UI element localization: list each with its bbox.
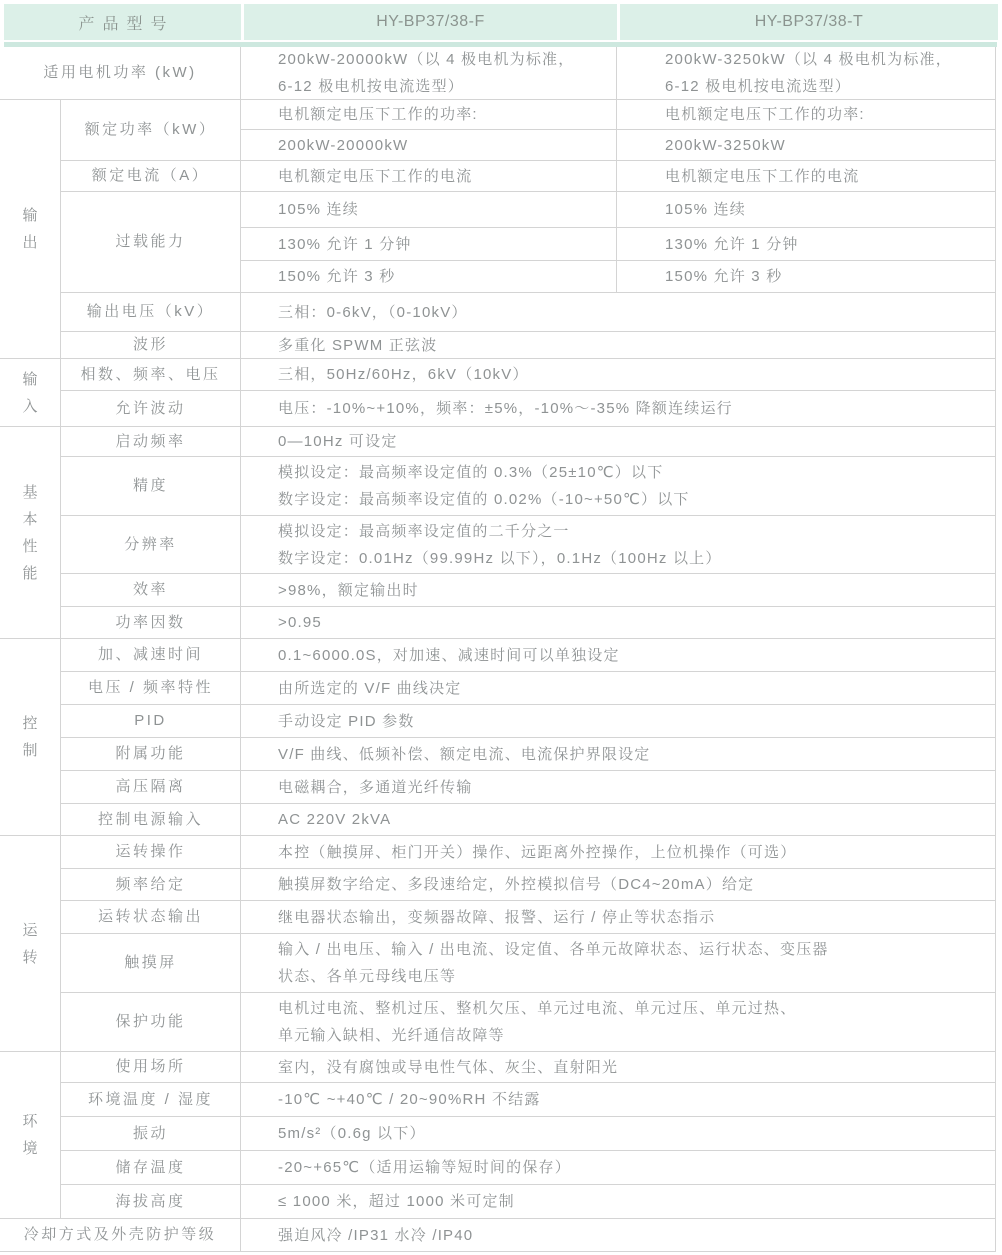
value-resolution: 模拟设定：最高频率设定值的二千分之一 数字设定：0.01Hz（99.99Hz 以… bbox=[241, 516, 995, 574]
value-rated-power-t: 200kW-3250kW bbox=[617, 130, 995, 161]
value-ambient-temp-humidity: -10℃ ~+40℃ / 20~90%RH 不结露 bbox=[241, 1083, 995, 1117]
value-start-frequency: 0—10Hz 可设定 bbox=[241, 427, 995, 457]
row-label-motor-power: 适用电机功率 (kW) bbox=[0, 47, 241, 100]
row-label-accel-decel: 加、减速时间 bbox=[61, 639, 241, 672]
row-label-vf-characteristic: 电压 / 频率特性 bbox=[61, 672, 241, 705]
value-accel-decel: 0.1~6000.0S，对加速、减速时间可以单独设定 bbox=[241, 639, 995, 672]
value-overload-105-t: 105% 连续 bbox=[617, 192, 995, 228]
row-label-overload: 过载能力 bbox=[61, 192, 241, 293]
value-rated-current-f: 电机额定电压下工作的电流 bbox=[241, 161, 617, 192]
value-overload-150-t: 150% 允许 3 秒 bbox=[617, 261, 995, 293]
spec-table: 适用电机功率 (kW) 200kW-20000kW（以 4 极电机为标准， 6-… bbox=[0, 47, 996, 1252]
value-control-power-input: AC 220V 2kVA bbox=[241, 804, 995, 836]
value-waveform: 多重化 SPWM 正弦波 bbox=[241, 332, 995, 359]
value-protection: 电机过电流、整机过压、整机欠压、单元过电流、单元过压、单元过热、 单元输入缺相、… bbox=[241, 993, 995, 1052]
value-cooling-protection-rating: 强迫风冷 /IP31 水冷 /IP40 bbox=[241, 1219, 995, 1252]
value-overload-150-f: 150% 允许 3 秒 bbox=[241, 261, 617, 293]
row-label-touchscreen: 触摸屏 bbox=[61, 934, 241, 993]
value-operation-mode: 本控（触摸屏、柜门开关）操作、远距离外控操作，上位机操作（可选） bbox=[241, 836, 995, 869]
value-output-voltage: 三相：0-6kV，（0-10kV） bbox=[241, 293, 995, 332]
value-power-factor: >0.95 bbox=[241, 607, 995, 639]
row-label-waveform: 波形 bbox=[61, 332, 241, 359]
value-touchscreen: 输入 / 出电压、输入 / 出电流、设定值、各单元故障状态、运行状态、变压器 状… bbox=[241, 934, 995, 993]
category-control: 控制 bbox=[0, 639, 61, 836]
spec-sheet-page: 产品型号 HY-BP37/38-F HY-BP37/38-T 适用电机功率 (k… bbox=[0, 0, 1002, 1255]
value-pid: 手动设定 PID 参数 bbox=[241, 705, 995, 738]
value-rated-power-desc-f: 电机额定电压下工作的功率: bbox=[241, 100, 617, 130]
row-label-rated-current: 额定电流（A） bbox=[61, 161, 241, 192]
table-header: 产品型号 HY-BP37/38-F HY-BP37/38-T bbox=[4, 4, 998, 40]
row-label-resolution: 分辨率 bbox=[61, 516, 241, 574]
row-label-phase-freq-voltage: 相数、频率、电压 bbox=[61, 359, 241, 391]
row-label-output-voltage: 输出电压（kV） bbox=[61, 293, 241, 332]
value-vibration: 5m/s²（0.6g 以下） bbox=[241, 1117, 995, 1151]
value-phase-freq-voltage: 三相，50Hz/60Hz，6kV（10kV） bbox=[241, 359, 995, 391]
row-label-accuracy: 精度 bbox=[61, 457, 241, 516]
header-model-f: HY-BP37/38-F bbox=[244, 4, 617, 40]
row-label-efficiency: 效率 bbox=[61, 574, 241, 607]
value-fluctuation: 电压：-10%~+10%，频率：±5%，-10%～-35% 降额连续运行 bbox=[241, 391, 995, 427]
value-usage-place: 室内，没有腐蚀或导电性气体、灰尘、直射阳光 bbox=[241, 1052, 995, 1083]
row-label-pid: PID bbox=[61, 705, 241, 738]
row-label-status-output: 运转状态输出 bbox=[61, 901, 241, 934]
value-rated-power-desc-t: 电机额定电压下工作的功率: bbox=[617, 100, 995, 130]
value-motor-power-t: 200kW-3250kW（以 4 极电机为标准， 6-12 极电机按电流选型） bbox=[617, 47, 995, 100]
value-rated-power-f: 200kW-20000kW bbox=[241, 130, 617, 161]
row-label-storage-temp: 储存温度 bbox=[61, 1151, 241, 1185]
row-label-usage-place: 使用场所 bbox=[61, 1052, 241, 1083]
value-motor-power-f: 200kW-20000kW（以 4 极电机为标准， 6-12 极电机按电流选型） bbox=[241, 47, 617, 100]
row-label-vibration: 振动 bbox=[61, 1117, 241, 1151]
row-label-altitude: 海拔高度 bbox=[61, 1185, 241, 1219]
row-label-hv-isolation: 高压隔离 bbox=[61, 771, 241, 804]
value-hv-isolation: 电磁耦合，多通道光纤传输 bbox=[241, 771, 995, 804]
row-label-frequency-setting: 频率给定 bbox=[61, 869, 241, 901]
row-label-auxiliary-functions: 附属功能 bbox=[61, 738, 241, 771]
value-overload-105-f: 105% 连续 bbox=[241, 192, 617, 228]
row-label-cooling-protection-rating: 冷却方式及外壳防护等级 bbox=[0, 1219, 241, 1252]
value-altitude: ≤ 1000 米，超过 1000 米可定制 bbox=[241, 1185, 995, 1219]
value-overload-130-t: 130% 允许 1 分钟 bbox=[617, 228, 995, 261]
value-status-output: 继电器状态输出，变频器故障、报警、运行 / 停止等状态指示 bbox=[241, 901, 995, 934]
row-label-control-power-input: 控制电源输入 bbox=[61, 804, 241, 836]
value-overload-130-f: 130% 允许 1 分钟 bbox=[241, 228, 617, 261]
row-label-operation-mode: 运转操作 bbox=[61, 836, 241, 869]
row-label-protection: 保护功能 bbox=[61, 993, 241, 1052]
category-input: 输入 bbox=[0, 359, 61, 427]
row-label-ambient-temp-humidity: 环境温度 / 湿度 bbox=[61, 1083, 241, 1117]
value-accuracy: 模拟设定：最高频率设定值的 0.3%（25±10℃）以下 数字设定：最高频率设定… bbox=[241, 457, 995, 516]
value-storage-temp: -20~+65℃（适用运输等短时间的保存） bbox=[241, 1151, 995, 1185]
value-frequency-setting: 触摸屏数字给定、多段速给定，外控模拟信号（DC4~20mA）给定 bbox=[241, 869, 995, 901]
category-environment: 环境 bbox=[0, 1052, 61, 1219]
category-operation: 运转 bbox=[0, 836, 61, 1052]
row-label-fluctuation: 允许波动 bbox=[61, 391, 241, 427]
row-label-power-factor: 功率因数 bbox=[61, 607, 241, 639]
value-efficiency: >98%，额定输出时 bbox=[241, 574, 995, 607]
header-model-t: HY-BP37/38-T bbox=[620, 4, 998, 40]
row-label-start-frequency: 启动频率 bbox=[61, 427, 241, 457]
value-vf-characteristic: 由所选定的 V/F 曲线决定 bbox=[241, 672, 995, 705]
category-basic-performance: 基本性能 bbox=[0, 427, 61, 639]
value-rated-current-t: 电机额定电压下工作的电流 bbox=[617, 161, 995, 192]
category-output: 输出 bbox=[0, 100, 61, 359]
row-label-rated-power: 额定功率（kW） bbox=[61, 100, 241, 161]
header-product-model: 产品型号 bbox=[4, 4, 241, 40]
value-auxiliary-functions: V/F 曲线、低频补偿、额定电流、电流保护界限设定 bbox=[241, 738, 995, 771]
